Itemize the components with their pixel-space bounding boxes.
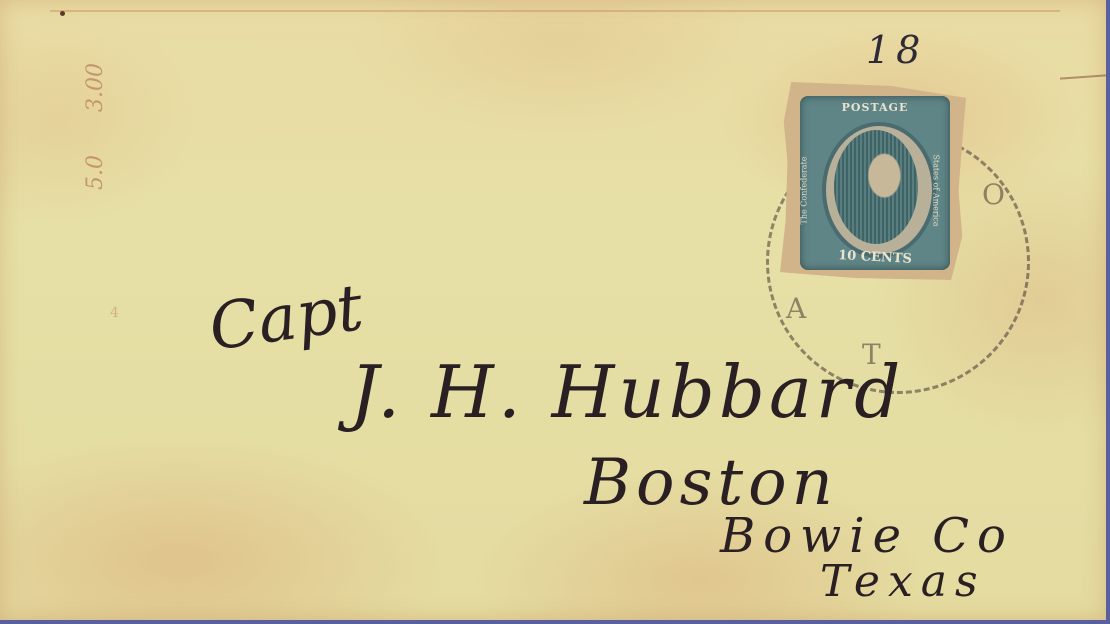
stamp-top-text: POSTAGE (822, 101, 928, 114)
pencil-notation: 3.00 (82, 63, 110, 112)
stamp-right-text: States of America (932, 154, 941, 226)
flap-crease (50, 10, 1060, 12)
postmark-letter: A (786, 292, 806, 325)
pencil-mark: 4 (110, 305, 119, 321)
address-name: J. H. Hubbard (350, 350, 904, 434)
stamp-left-text: The Confederate (799, 157, 808, 225)
docket-number: 18 (866, 28, 926, 72)
ink-dot (60, 11, 65, 16)
pencil-notation-2: 5.0 (82, 155, 110, 190)
stamp-portrait (834, 130, 918, 244)
postmark-letter: O (982, 178, 1005, 211)
address-state: Texas (820, 556, 986, 607)
